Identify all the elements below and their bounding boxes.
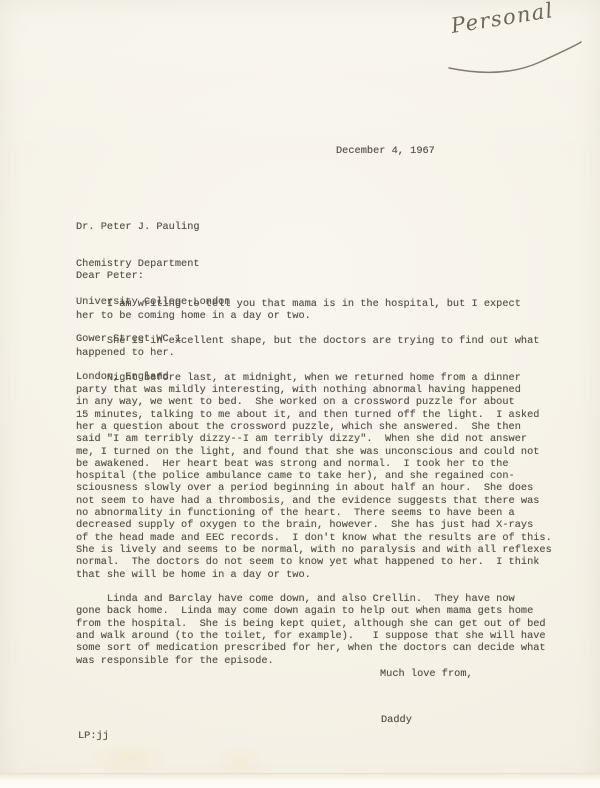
typist-initials: LP:jj: [78, 730, 109, 742]
personal-underline-stroke: [445, 34, 585, 74]
letter-body: I am writing to tell you that mama is in…: [76, 298, 556, 667]
address-line-name: Dr. Peter J. Pauling: [76, 221, 230, 234]
paragraph-incident-account: Night before last, at midnight, when we …: [76, 372, 556, 581]
paragraph-condition: She is in excellent shape, but the docto…: [76, 335, 556, 360]
signature: Daddy: [381, 714, 412, 726]
paragraph-hospital-news: I am writing to tell you that mama is in…: [76, 298, 556, 323]
date-line: December 4, 1967: [336, 145, 435, 157]
scan-bottom-edge: [0, 773, 600, 788]
salutation: Dear Peter:: [76, 270, 144, 282]
personal-annotation: Personal: [443, 8, 593, 70]
closing: Much love from,: [380, 668, 473, 680]
letter-page: Personal December 4, 1967 Dr. Peter J. P…: [0, 0, 600, 788]
personal-handwriting: Personal: [449, 0, 555, 38]
paragraph-family-visits: Linda and Barclay have come down, and al…: [76, 593, 556, 667]
